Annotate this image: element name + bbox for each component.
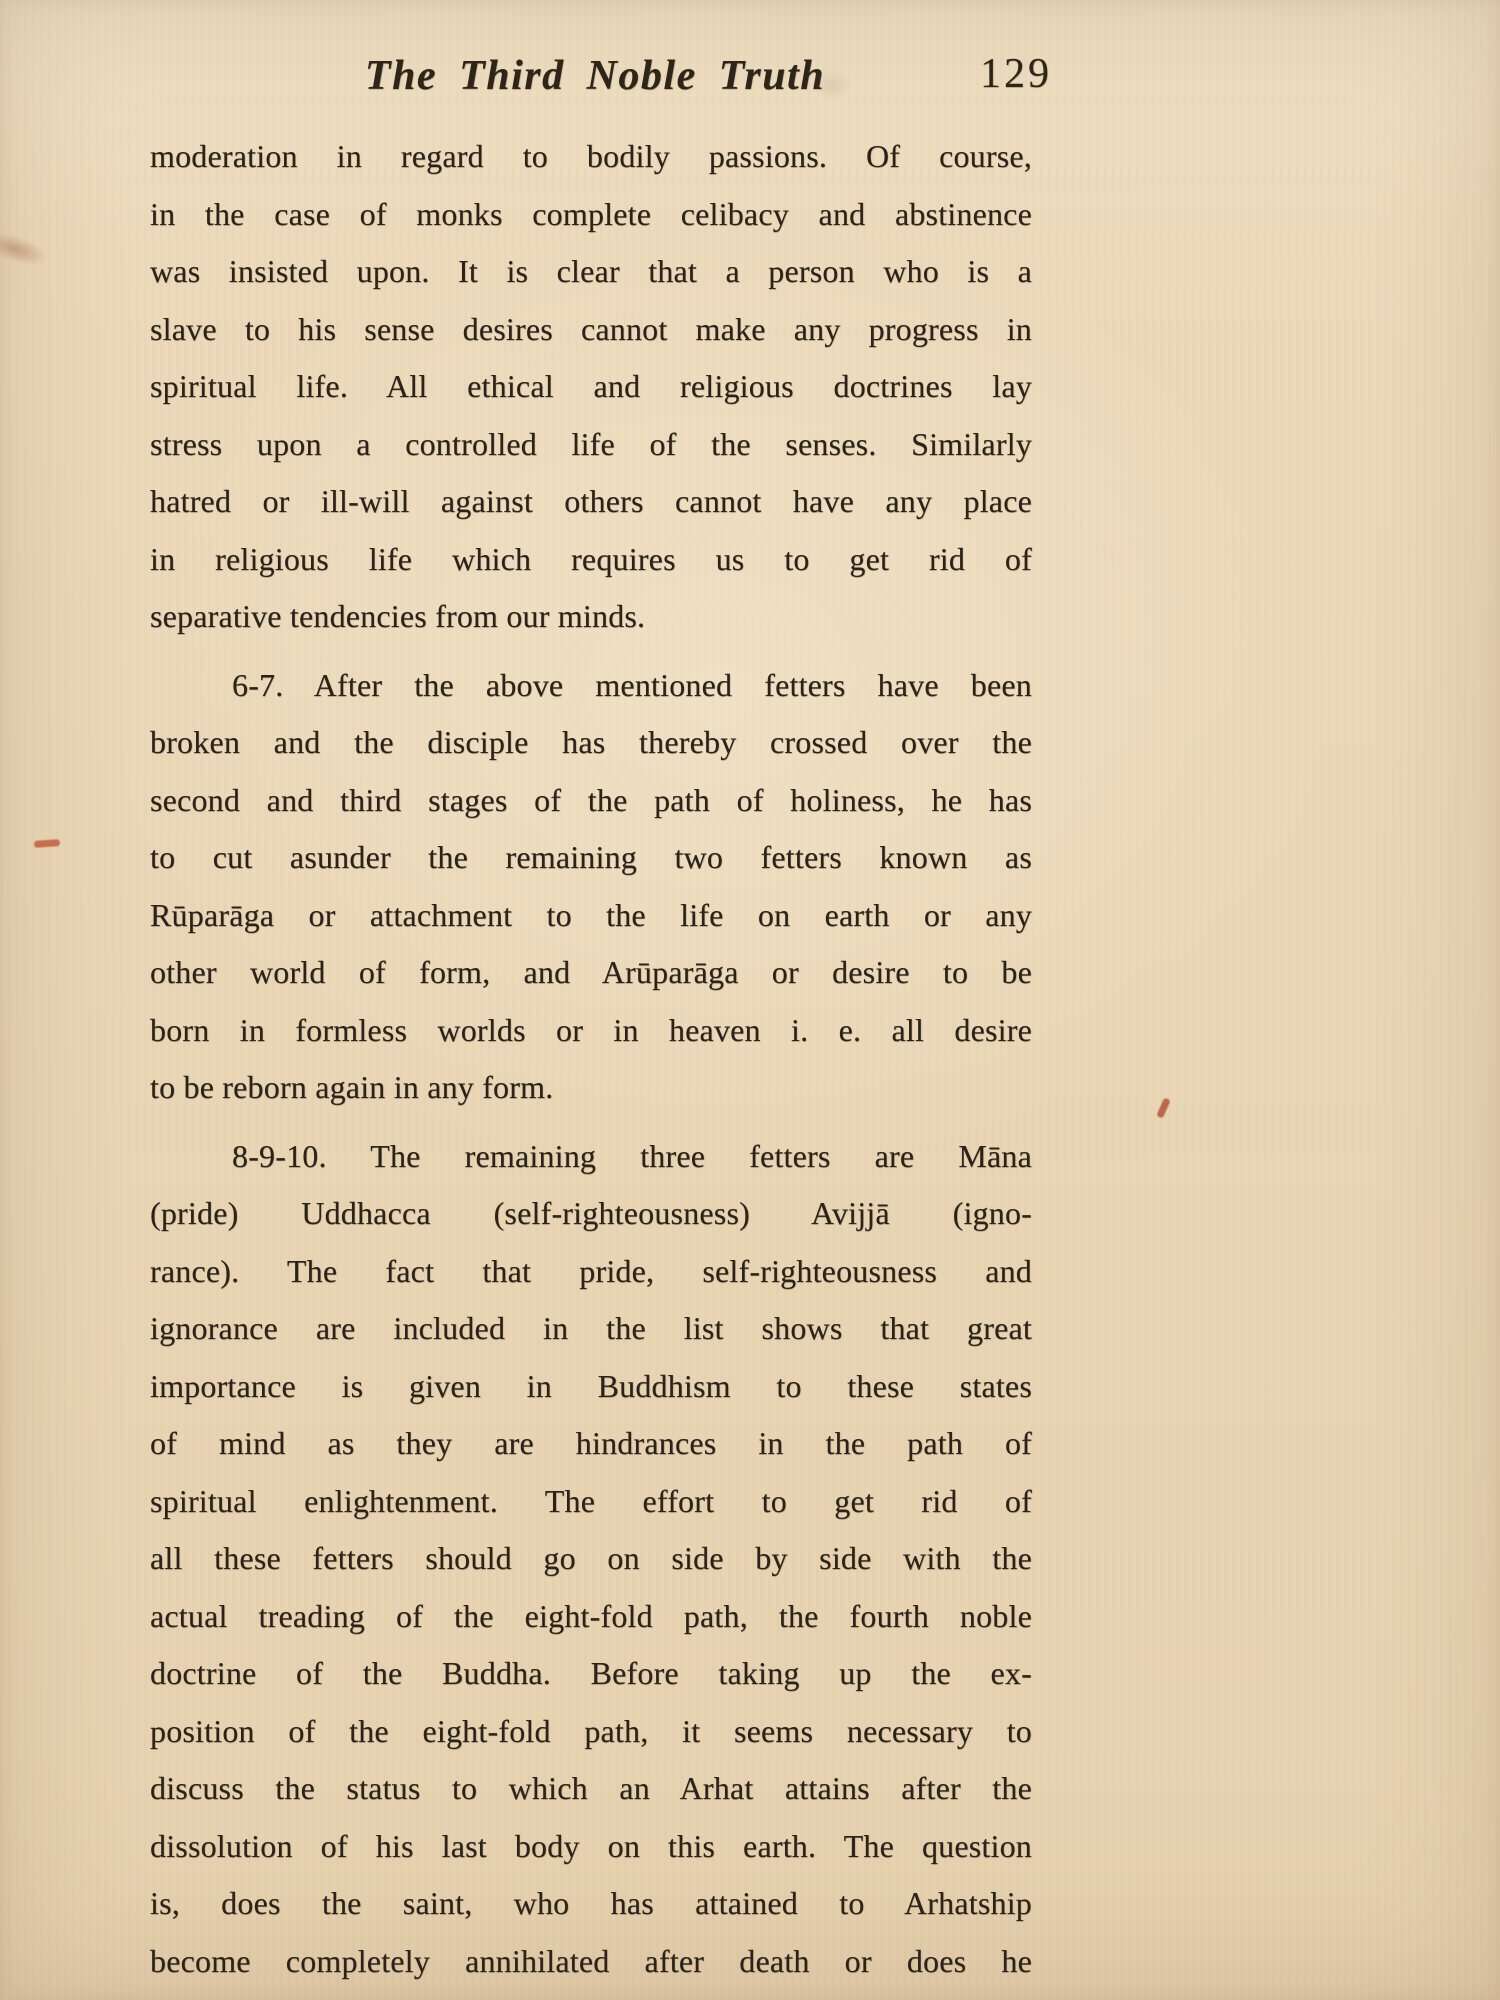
text-line: all these fetters should go on side by s… — [150, 1530, 1032, 1588]
text-line: dissolution of his last body on this ear… — [150, 1818, 1032, 1876]
text-line: broken and the disciple has thereby cros… — [150, 714, 1032, 772]
page-smudge — [34, 839, 60, 848]
page-smudge — [0, 230, 53, 273]
text-line: in religious life which requires us to g… — [150, 531, 1032, 589]
text-line: 6-7. After the above mentioned fetters h… — [150, 657, 1032, 715]
text-line: (pride) Uddhacca (self-righteousness) Av… — [150, 1185, 1032, 1243]
text-line: discuss the status to which an Arhat att… — [150, 1760, 1032, 1818]
text-line: actual treading of the eight-fold path, … — [150, 1588, 1032, 1646]
page-text-body: moderation in regard to bodily passions.… — [150, 128, 1032, 1990]
text-line: stress upon a controlled life of the sen… — [150, 416, 1032, 474]
text-line: to cut asunder the remaining two fetters… — [150, 829, 1032, 887]
text-line: slave to his sense desires cannot make a… — [150, 301, 1032, 359]
book-page: The Third Noble Truth 129 moderation in … — [0, 0, 1500, 2000]
paragraph: moderation in regard to bodily passions.… — [150, 128, 1032, 646]
page-number: 129 — [980, 50, 1052, 98]
paragraph: 8-9-10. The remaining three fetters are … — [150, 1128, 1032, 1991]
text-line: importance is given in Buddhism to these… — [150, 1358, 1032, 1416]
text-line: moderation in regard to bodily passions.… — [150, 128, 1032, 186]
text-line: born in formless worlds or in heaven i. … — [150, 1002, 1032, 1060]
text-line: is, does the saint, who has attained to … — [150, 1875, 1032, 1933]
text-line: other world of form, and Arūparāga or de… — [150, 944, 1032, 1002]
text-line: spiritual life. All ethical and religiou… — [150, 358, 1032, 416]
running-title: The Third Noble Truth — [150, 52, 1040, 100]
text-line: rance). The fact that pride, self-righte… — [150, 1243, 1032, 1301]
text-line: spiritual enlightenment. The effort to g… — [150, 1473, 1032, 1531]
page-smudge — [1156, 1097, 1171, 1118]
text-line: hatred or ill-will against others cannot… — [150, 473, 1032, 531]
text-line: to be reborn again in any form. — [150, 1059, 1032, 1117]
text-line: position of the eight-fold path, it seem… — [150, 1703, 1032, 1761]
paragraph: 6-7. After the above mentioned fetters h… — [150, 657, 1032, 1117]
text-line: become completely annihilated after deat… — [150, 1933, 1032, 1991]
text-line: ignorance are included in the list shows… — [150, 1300, 1032, 1358]
page-header: The Third Noble Truth 129 — [150, 52, 1040, 112]
text-line: was insisted upon. It is clear that a pe… — [150, 243, 1032, 301]
text-line: second and third stages of the path of h… — [150, 772, 1032, 830]
text-line: in the case of monks complete celibacy a… — [150, 186, 1032, 244]
text-line: doctrine of the Buddha. Before taking up… — [150, 1645, 1032, 1703]
text-line: of mind as they are hindrances in the pa… — [150, 1415, 1032, 1473]
text-line: 8-9-10. The remaining three fetters are … — [150, 1128, 1032, 1186]
text-line: separative tendencies from our minds. — [150, 588, 1032, 646]
text-line: Rūparāga or attachment to the life on ea… — [150, 887, 1032, 945]
